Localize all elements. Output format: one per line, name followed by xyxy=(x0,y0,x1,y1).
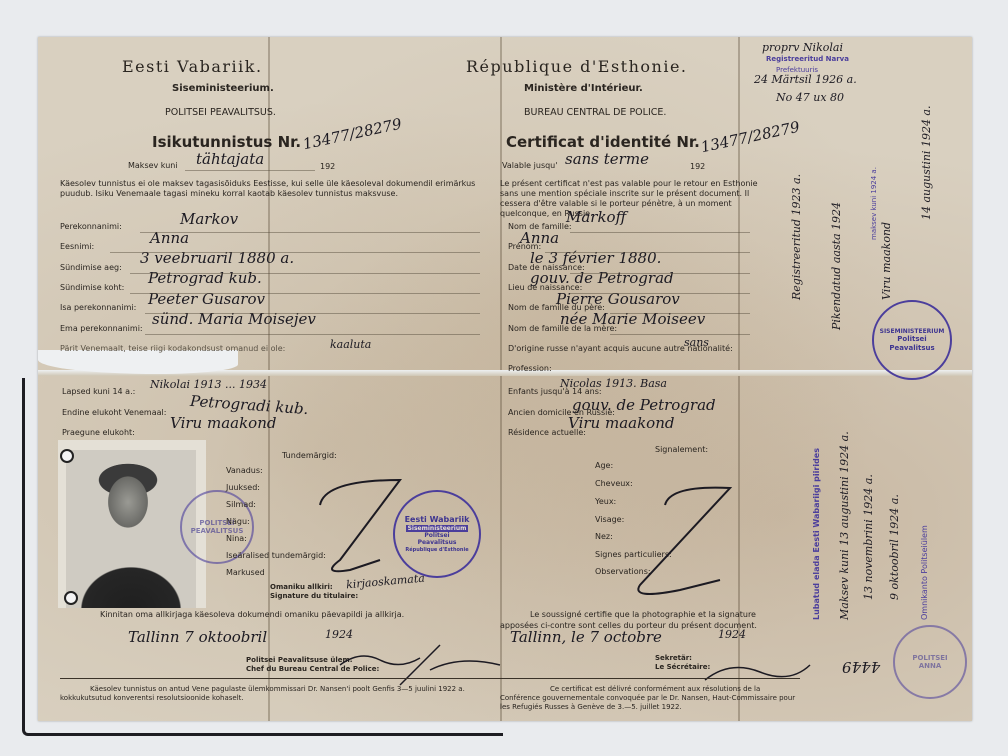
punch-hole xyxy=(60,449,74,463)
field-label: Pärit Venemaalt, teise riigi kodakondsus… xyxy=(60,344,285,353)
right-place-date: Tallinn, le 7 octobre xyxy=(510,628,662,646)
field-label: Lapsed kuni 14 a.: xyxy=(62,387,135,396)
field-value: Nikolai 1913 ... 1934 xyxy=(150,378,267,391)
vertical-note: Pikendatud aasta 1924 xyxy=(830,202,843,330)
field-value: Viru maakond xyxy=(568,414,674,432)
secretary-label: Sekretär: xyxy=(655,654,692,662)
left-certificate-label: Isikutunnistus Nr. xyxy=(152,133,301,151)
vertical-note: Viru maakond xyxy=(880,222,893,300)
feature-label: Nägu: xyxy=(226,517,250,526)
field-label: Ema perekonnanimi: xyxy=(60,324,143,333)
feature-label: Juuksed: xyxy=(226,483,260,492)
feature-label: Vanadus: xyxy=(226,466,263,475)
field-value: Anna xyxy=(520,229,559,247)
annotation-name: proprv Nikolai xyxy=(762,41,843,54)
annotation-stamp-line1: Registreeritud Narva xyxy=(766,55,849,63)
siseministeerium-stamp: SISEMINISTEERIUM Politsei Peavalitsus xyxy=(872,300,952,380)
permit-line: 13 novembrini 1924 a. xyxy=(862,474,875,600)
field-value: Petrograd kub. xyxy=(148,269,262,287)
signalement-heading: Signalement: xyxy=(655,445,708,454)
right-valid-label: Valable jusqu' xyxy=(502,161,557,170)
vertical-note: maksev kuni 1924 a. xyxy=(870,167,878,240)
field-label: Eesnimi: xyxy=(60,242,94,251)
field-label: Endine elukoht Venemaal: xyxy=(62,408,166,417)
field-value: Viru maakond xyxy=(170,414,276,432)
right-valid-value: sans terme xyxy=(565,150,649,168)
field-label: Sündimise aeg: xyxy=(60,263,122,272)
owner-signature-label-fr: Signature du titulaire: xyxy=(270,592,358,600)
right-year-prefix: 192 xyxy=(690,162,705,171)
left-year-prefix: 192 xyxy=(320,162,335,171)
feature-label: Nina: xyxy=(226,534,247,543)
confirmation-text: Kinnitan oma allkirjaga käesoleva dokume… xyxy=(60,609,480,621)
left-bureau: POLITSEI PEAVALITSUS. xyxy=(165,107,276,118)
right-bureau: BUREAU CENTRAL DE POLICE. xyxy=(524,107,666,118)
field-value: sans xyxy=(684,336,709,349)
permit-line: Omnikanto Politseiülem xyxy=(920,525,929,620)
left-country-title: Eesti Vabariik. xyxy=(122,57,263,76)
field-value: gouv. de Petrograd xyxy=(572,396,716,414)
field-label: Sündimise koht: xyxy=(60,283,124,292)
right-certificate-label: Certificat d'identité Nr. xyxy=(506,133,700,151)
right-notice: Le présent certificat n'est pas valable … xyxy=(500,179,775,219)
eesti-wabariik-stamp: Eesti Wabariik Siseministeerium Politsei… xyxy=(393,490,481,578)
permit-line: 9 oktoobril 1924 a. xyxy=(888,494,901,600)
left-notice: Käesolev tunnistus ei ole maksev tagasis… xyxy=(60,179,480,199)
left-ministry: Siseministeerium. xyxy=(172,83,274,94)
left-valid-value: tähtajata xyxy=(196,150,264,168)
field-value: kaaluta xyxy=(330,338,371,351)
secretary-signature xyxy=(700,650,820,690)
field-value: Markov xyxy=(180,210,238,228)
punch-hole xyxy=(64,591,78,605)
field-label: Isa perekonnanimi: xyxy=(60,303,136,312)
chief-signature xyxy=(330,640,510,690)
vertical-note: 14 augustini 1924 a. xyxy=(920,106,933,221)
field-label: Profession: xyxy=(508,364,552,373)
left-valid-label: Maksev kuni xyxy=(128,161,178,170)
corner-stamp: POLITSEI ANNA xyxy=(893,625,967,699)
feature-label: Silmad: xyxy=(226,500,256,509)
z-strike-mark xyxy=(610,460,750,600)
field-value: Nicolas 1913. Basa xyxy=(560,377,667,390)
bottom-number: 4449 xyxy=(842,658,880,676)
right-footer: Ce certificat est délivré conformément a… xyxy=(500,685,800,712)
field-label: Praegune elukoht: xyxy=(62,428,135,437)
left-footer: Käesolev tunnistus on antud Vene pagulas… xyxy=(60,685,480,703)
field-value: Markoff xyxy=(566,208,626,226)
annotation-number: No 47 ux 80 xyxy=(776,91,844,104)
right-ministry: Ministère d'Intérieur. xyxy=(524,83,643,94)
feature-label: Markused xyxy=(226,568,265,577)
right-country-title: République d'Esthonie. xyxy=(466,57,688,76)
left-place-date: Tallinn 7 oktoobril xyxy=(128,628,267,646)
permit-line: Maksev kuni 13 augustini 1924 a. xyxy=(838,431,851,620)
portrait-image xyxy=(66,450,196,608)
permit-line: Lubatud elada Eesti Wabariigi piirides xyxy=(812,448,821,620)
owner-signature-label: Omaniku allkiri: xyxy=(270,583,333,591)
vertical-note: Registreeritud 1923 a. xyxy=(790,174,803,300)
field-label: Perekonnanimi: xyxy=(60,222,122,231)
right-place-year: 1924 xyxy=(718,628,746,641)
field-value: gouv. de Petrograd xyxy=(530,269,674,287)
annotation-date: 24 Märtsil 1926 a. xyxy=(754,73,857,86)
features-heading: Tundemärgid: xyxy=(282,451,337,460)
